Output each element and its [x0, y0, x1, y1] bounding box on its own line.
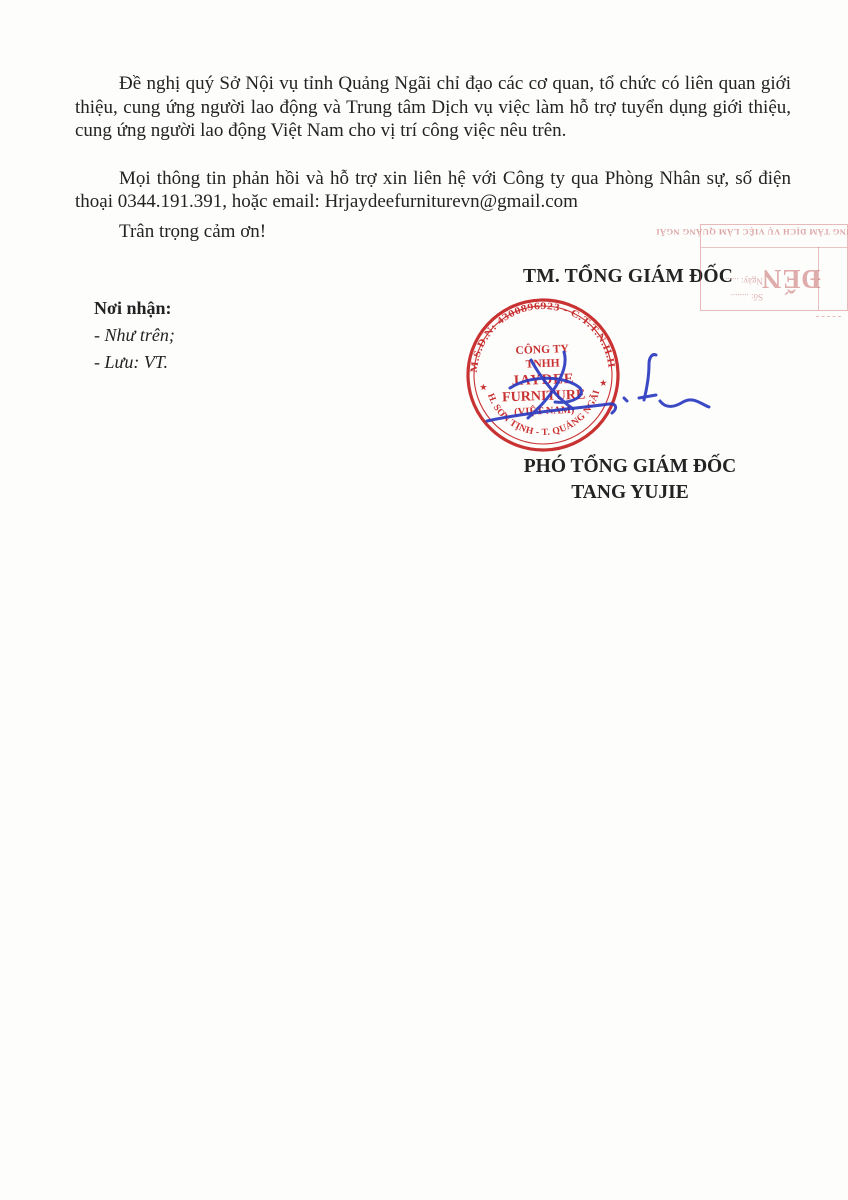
den-stamp-header: TRUNG TÂM DỊCH VỤ VIỆC LÀM QUẢNG NGÃI — [683, 227, 848, 237]
letter-body: Đề nghị quý Sở Nội vụ tỉnh Quảng Ngãi ch… — [75, 72, 791, 243]
den-stamp-divider-horizontal — [701, 247, 847, 248]
den-stamp-field-so: Số: ........ — [705, 289, 763, 305]
paragraph-contact: Mọi thông tin phản hồi và hỗ trợ xin liê… — [75, 167, 791, 214]
den-stamp-word: ĐẾN — [765, 251, 817, 307]
signer-block: PHÓ TỔNG GIÁM ĐỐC TANG YUJIE — [430, 454, 830, 505]
den-stamp-edge-mark — [816, 316, 841, 317]
den-stamp-field-ngay: Ngày: ...... — [705, 273, 763, 289]
recipient-item: - Lưu: VT. — [94, 349, 175, 376]
signer-title: PHÓ TỔNG GIÁM ĐỐC — [430, 454, 830, 480]
den-received-stamp: TRUNG TÂM DỊCH VỤ VIỆC LÀM QUẢNG NGÃI ĐẾ… — [700, 224, 848, 311]
signer-name: TANG YUJIE — [430, 480, 830, 506]
handwritten-signature — [468, 330, 738, 445]
paragraph-request: Đề nghị quý Sở Nội vụ tỉnh Quảng Ngãi ch… — [75, 72, 791, 143]
signature-strokes — [468, 330, 738, 445]
scanned-letter-page: Đề nghị quý Sở Nội vụ tỉnh Quảng Ngãi ch… — [0, 0, 848, 1200]
recipient-item: - Như trên; — [94, 322, 175, 349]
recipients-block: Nơi nhận: - Như trên; - Lưu: VT. — [94, 295, 175, 376]
recipients-heading: Nơi nhận: — [94, 295, 175, 322]
den-stamp-fields: Số: ........ Ngày: ...... — [705, 253, 763, 305]
